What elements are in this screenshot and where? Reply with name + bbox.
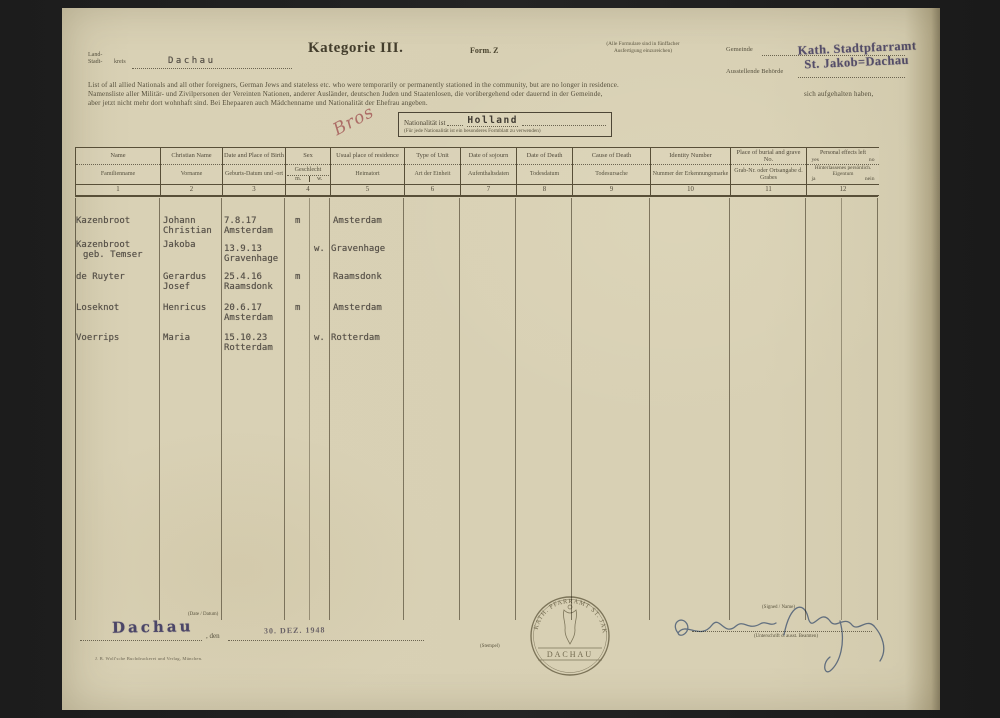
table-row: Loseknot Henricus 20.6.17 Amsterdam m Am…	[75, 304, 878, 324]
table-row: de Ruyter Gerardus Josef 25.4.16 Raamsdo…	[75, 273, 878, 293]
header-double-rule	[75, 196, 878, 197]
nationality-label: Nationalität ist	[404, 119, 445, 127]
kreis-value: Dachau	[168, 56, 216, 66]
col-header-effects: Personal effects left yes no Hinterlasse…	[807, 148, 879, 195]
date-label: (Date / Datum)	[188, 612, 218, 617]
col-header-sex: Sex Geschlecht m. w. 4	[286, 148, 331, 195]
date-dotted-line-right	[228, 639, 424, 641]
place-stamp: Dachau	[112, 617, 194, 636]
round-stamp-bottom-text: DACHAU	[547, 650, 593, 659]
intro-line-german-1: Namensliste aller Militär- und Zivilpers…	[88, 90, 603, 98]
stadt-label: Stadt-	[88, 59, 102, 66]
intro-line-german-right: sich aufgehalten haben,	[804, 90, 873, 98]
behoerde-dotted-line	[798, 76, 905, 78]
col-header-birth: Date and Place of Birth Geburts-Datum un…	[223, 148, 286, 195]
table-row: Kazenbroot geb. Temser Jakoba 13.9.13 Gr…	[75, 241, 878, 261]
red-pencil-annotation: Bros	[330, 102, 378, 140]
col-header-death-date: Date of Death Todesdatum 8	[517, 148, 573, 195]
table-row: Kazenbroot Johann Christian 7.8.17 Amste…	[75, 217, 878, 237]
scanned-document-page: { "document": { "title": "Kategorie III.…	[0, 0, 1000, 718]
printer-imprint: J. B. Wolf'sche Buchdruckerei und Verlag…	[95, 656, 203, 661]
land-label: Land-	[88, 52, 102, 59]
col-header-unit: Type of Unit Art der Einheit 6	[405, 148, 461, 195]
date-dotted-line-left	[80, 639, 202, 641]
intro-line-english: List of all allied Nationals and all oth…	[88, 81, 619, 89]
col-header-name: Name Familienname 1	[76, 148, 161, 195]
table-header: Name Familienname 1 Christian Name Vorna…	[75, 147, 879, 196]
nationality-box: Nationalität ist Holland (Für jede Natio…	[398, 112, 612, 137]
table-row: Voerrips Maria 15.10.23 Rotterdam w. Rot…	[75, 334, 878, 354]
copies-note: (Alle Formulare sind in fünffacher Ausfe…	[578, 41, 708, 54]
district-field: Land- Stadt-	[88, 52, 102, 66]
round-parish-seal: KATH. PFARRAMT ST. JAKOB DACHAU	[526, 592, 614, 680]
col-header-residence: Usual place of residence Heimatort 5	[331, 148, 405, 195]
kreis-dotted-line	[132, 67, 292, 69]
kreis-label: kreis	[114, 59, 126, 66]
gemeinde-label: Gemeinde	[726, 46, 753, 53]
nationality-value: Holland	[467, 115, 518, 127]
col-header-burial: Place of burial and grave No. Grab-Nr. o…	[731, 148, 807, 195]
behoerde-label: Ausstellende Behörde	[726, 68, 783, 75]
date-stamp: 30. DEZ. 1948	[264, 625, 326, 635]
col-header-death-cause: Cause of Death Todesursache 9	[573, 148, 651, 195]
form-paper: Land- Stadt- kreis Dachau Kategorie III.…	[62, 8, 940, 710]
table-body-grid	[75, 198, 878, 620]
den-label: , den	[206, 632, 220, 640]
intro-line-german-2: aber jetzt nicht mehr dort wohnhaft sind…	[88, 99, 428, 107]
handwritten-signature	[672, 591, 912, 691]
parish-office-stamp: Kath. Stadtpfarramt St. Jakob=Dachau	[797, 38, 917, 71]
page-title: Kategorie III.	[308, 40, 403, 57]
nationality-note: (Für jede Nationalität ist ein besondere…	[404, 128, 606, 134]
form-number: Form. Z	[470, 46, 498, 55]
stempel-label: (Stempel)	[480, 644, 500, 649]
col-header-identity-number: Identity Number Nummer der Erkennungsmar…	[651, 148, 731, 195]
col-header-christian-name: Christian Name Vorname 2	[161, 148, 223, 195]
col-header-sojourn: Date of sojourn Aufenthaltsdaten 7	[461, 148, 517, 195]
